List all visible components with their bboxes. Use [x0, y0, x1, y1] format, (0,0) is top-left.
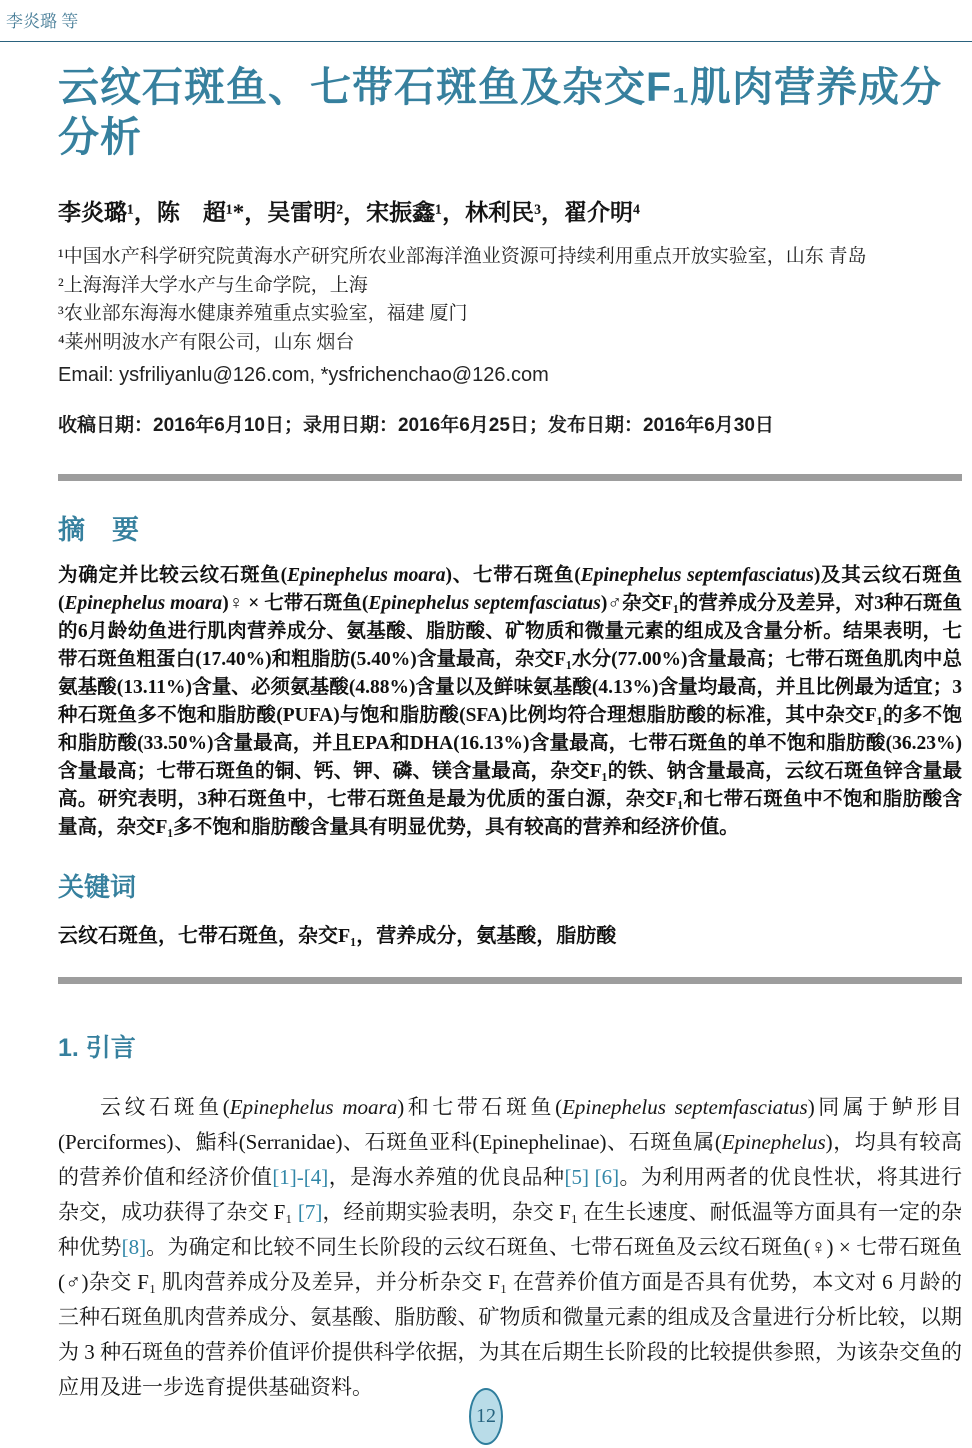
text-segment: )和七带石斑鱼(	[397, 1095, 562, 1119]
text-segment: Epinephelus moara	[287, 565, 445, 586]
text-segment: Epinephelus septemfasciatus	[581, 565, 814, 586]
introduction-paragraph: 云纹石斑鱼(Epinephelus moara)和七带石斑鱼(Epinephel…	[58, 1090, 962, 1405]
page-title: 云纹石斑鱼、七带石斑鱼及杂交F₁肌肉营养成分 分析	[58, 62, 962, 162]
page-number-badge: 12	[469, 1388, 503, 1445]
text-segment: )、七带石斑鱼(	[446, 565, 581, 586]
text-segment: 。为确定和比较不同生长阶段的云纹石斑鱼、七带石斑鱼及云纹石斑鱼(♀) × 七带石…	[58, 1235, 962, 1399]
text-segment: Epinephelus septemfasciatus	[562, 1095, 808, 1119]
affiliations-list: ¹中国水产科学研究院黄海水产研究所农业部海洋渔业资源可持续利用重点开放实验室，山…	[58, 243, 962, 357]
text-segment: Epinephelus moara	[230, 1095, 397, 1119]
keywords-text: 云纹石斑鱼，七带石斑鱼，杂交F₁，营养成分，氨基酸，脂肪酸	[58, 919, 962, 948]
affiliation-3: ³农业部东海海水健康养殖重点实验室，福建 厦门	[58, 300, 962, 329]
text-segment: 为确定并比较云纹石斑鱼(	[58, 565, 287, 586]
article-content: 云纹石斑鱼、七带石斑鱼及杂交F₁肌肉营养成分 分析 李炎璐¹，陈 超¹*，吴雷明…	[0, 62, 972, 1405]
page-number: 12	[476, 1405, 496, 1428]
authors-line: 李炎璐¹，陈 超¹*，吴雷明²，宋振鑫¹，林利民³，翟介明⁴	[58, 194, 962, 227]
text-segment: Epinephelus moara	[65, 593, 223, 614]
text-segment: 云纹石斑鱼(	[100, 1095, 230, 1119]
citation-link[interactable]: [1]-[4]	[272, 1165, 328, 1189]
title-line-2: 分析	[58, 112, 962, 162]
text-segment: ，是海水养殖的优良品种	[328, 1165, 564, 1189]
text-segment: )♀ × 七带石斑鱼(	[222, 593, 368, 614]
citation-link[interactable]: [5] [6]	[564, 1165, 619, 1189]
introduction-heading: 1. 引言	[58, 1028, 962, 1064]
text-segment: Epinephelus	[722, 1130, 826, 1154]
text-segment: )♂杂交F₁的营养成分及差异，对3种石斑鱼的6月龄幼鱼进行肌肉营养成分、氨基酸、…	[58, 593, 962, 838]
section-divider-top	[58, 474, 962, 481]
affiliation-1: ¹中国水产科学研究院黄海水产研究所农业部海洋渔业资源可持续利用重点开放实验室，山…	[58, 243, 962, 272]
email-line: Email: ysfriliyanlu@126.com, *ysfrichenc…	[58, 364, 962, 387]
running-header-author: 李炎璐 等	[0, 0, 972, 32]
running-header: 李炎璐 等	[0, 0, 972, 42]
paper-page: { "page": { "running_header": "李炎璐 等", "…	[0, 0, 972, 1448]
title-line-1: 云纹石斑鱼、七带石斑鱼及杂交F₁肌肉营养成分	[58, 62, 962, 112]
affiliation-4: ⁴莱州明波水产有限公司，山东 烟台	[58, 329, 962, 358]
abstract-heading: 摘 要	[58, 508, 962, 547]
keywords-heading: 关键词	[58, 867, 962, 904]
header-rule	[0, 41, 972, 42]
affiliation-2: ²上海海洋大学水产与生命学院，上海	[58, 272, 962, 301]
dates-line: 收稿日期：2016年6月10日；录用日期：2016年6月25日；发布日期：201…	[58, 410, 962, 437]
abstract-paragraph: 为确定并比较云纹石斑鱼(Epinephelus moara)、七带石斑鱼(Epi…	[58, 562, 962, 842]
citation-link[interactable]: [7]	[298, 1200, 323, 1224]
text-segment: Epinephelus septemfasciatus	[368, 593, 600, 614]
citation-link[interactable]: [8]	[122, 1235, 147, 1259]
section-divider-bottom	[58, 977, 962, 984]
